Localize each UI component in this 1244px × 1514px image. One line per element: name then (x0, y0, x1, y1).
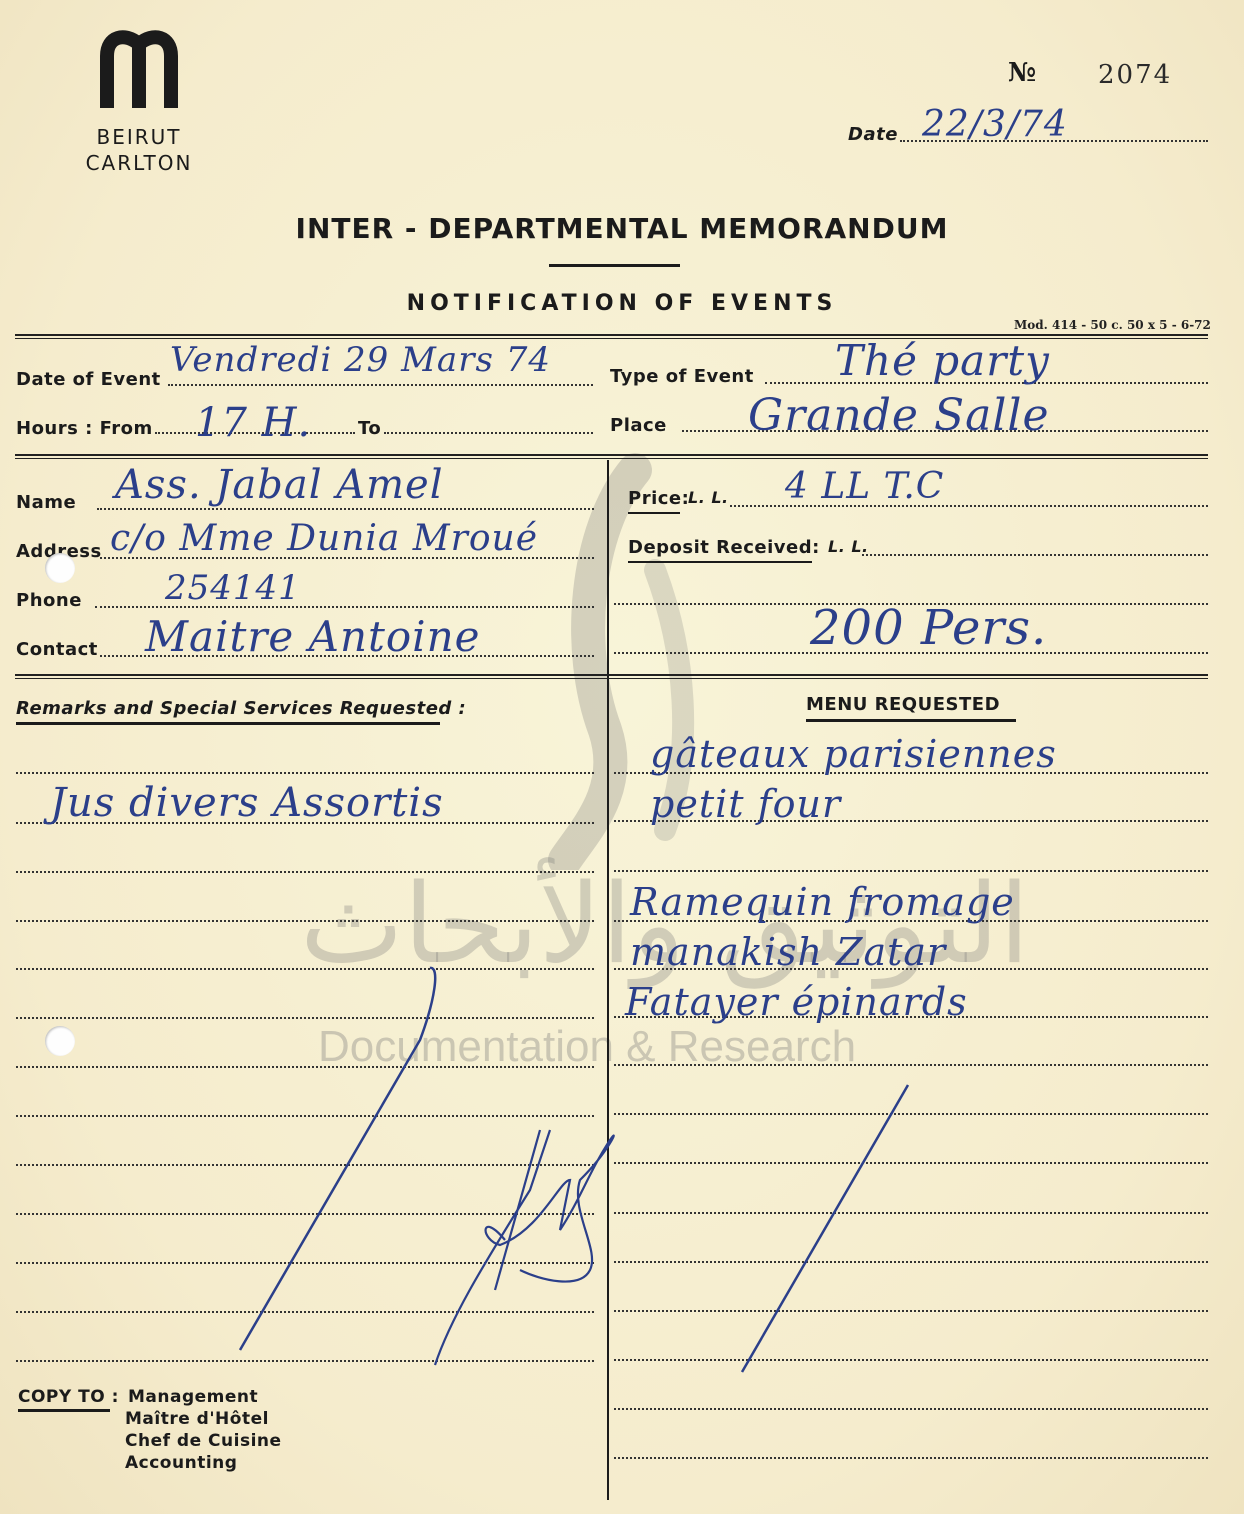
punch-hole (45, 1026, 75, 1056)
date-of-event-field[interactable]: Vendredi 29 Mars 74 (170, 340, 551, 380)
remarks-line (16, 871, 594, 873)
menu-item[interactable]: gâteaux parisiennes (650, 732, 1057, 776)
contact-field[interactable]: Maitre Antoine (145, 612, 481, 661)
remarks-line (16, 772, 594, 774)
date-label: Date (848, 124, 898, 145)
number-label: № (1008, 58, 1036, 88)
remarks-entry[interactable]: Jus divers Assortis (50, 780, 444, 826)
price-label: Price: (628, 488, 689, 509)
contact-label: Contact (16, 639, 98, 660)
menu-heading-underline (806, 719, 1016, 722)
copy-recipient: Management (128, 1387, 258, 1407)
price-field[interactable]: 4 LL T.C (785, 466, 944, 507)
document-number: 2074 (1098, 60, 1172, 90)
menu-line (614, 1408, 1208, 1410)
hotel-logo-icon (99, 26, 179, 108)
copy-recipient: Accounting (125, 1453, 237, 1473)
page-subtitle: NOTIFICATION OF EVENTS (0, 291, 1244, 316)
copy-recipient: Maître d'Hôtel (125, 1409, 269, 1429)
remarks-heading: Remarks and Special Services Requested : (16, 698, 466, 719)
date-of-event-line (168, 384, 593, 386)
address-field[interactable]: c/o Mme Dunia Mroué (110, 518, 538, 559)
menu-item[interactable]: Fatayer épinards (625, 980, 968, 1024)
place-field[interactable]: Grande Salle (748, 390, 1050, 441)
menu-line (614, 870, 1208, 872)
menu-heading: MENU REQUESTED (806, 694, 1000, 715)
copy-recipient: Chef de Cuisine (125, 1431, 282, 1451)
punch-hole (45, 553, 75, 583)
name-field[interactable]: Ass. Jabal Amel (115, 462, 444, 508)
type-of-event-label: Type of Event (610, 366, 754, 387)
deposit-label: Deposit Received: (628, 537, 820, 558)
remarks-heading-underline (16, 722, 440, 725)
menu-item[interactable]: petit four (650, 782, 841, 826)
hours-from-label: Hours : From (16, 418, 153, 439)
menu-item[interactable]: manakish Zatar (630, 930, 946, 974)
hours-to-line (384, 432, 593, 434)
section-divider (15, 454, 1208, 459)
name-label: Name (16, 492, 76, 513)
phone-field[interactable]: 254141 (165, 568, 301, 608)
title-divider (549, 264, 680, 267)
logo-text-beirut: BEIRUT (49, 125, 229, 149)
name-line (97, 508, 594, 510)
date-field[interactable]: 22/3/74 (922, 104, 1068, 145)
menu-line (614, 1064, 1208, 1066)
copy-to-underline (18, 1409, 110, 1412)
form-code: Mod. 414 - 50 c. 50 x 5 - 6-72 (1014, 318, 1211, 332)
page-title: INTER - DEPARTMENTAL MEMORANDUM (0, 212, 1244, 245)
phone-label: Phone (16, 590, 82, 611)
logo-text-carlton: CARLTON (49, 151, 229, 175)
place-label: Place (610, 415, 667, 436)
menu-line (614, 1457, 1208, 1459)
type-of-event-field[interactable]: Thé party (835, 336, 1050, 385)
signature-icon (420, 1120, 620, 1370)
copy-to-label: COPY TO : (18, 1387, 119, 1407)
section-divider (15, 674, 1208, 679)
guest-count-field[interactable]: 200 Pers. (810, 600, 1047, 656)
deposit-line (862, 554, 1208, 556)
price-label-underline (628, 512, 680, 514)
hours-from-field[interactable]: 17 H. (195, 400, 311, 446)
hours-to-label: To (358, 418, 381, 439)
deposit-label-underline (628, 561, 812, 563)
remarks-line (16, 920, 594, 922)
menu-item[interactable]: Ramequin fromage (630, 880, 1015, 924)
strike-through-mark-icon (730, 1080, 920, 1380)
price-currency: L. L. (688, 488, 729, 507)
date-of-event-label: Date of Event (16, 369, 161, 390)
